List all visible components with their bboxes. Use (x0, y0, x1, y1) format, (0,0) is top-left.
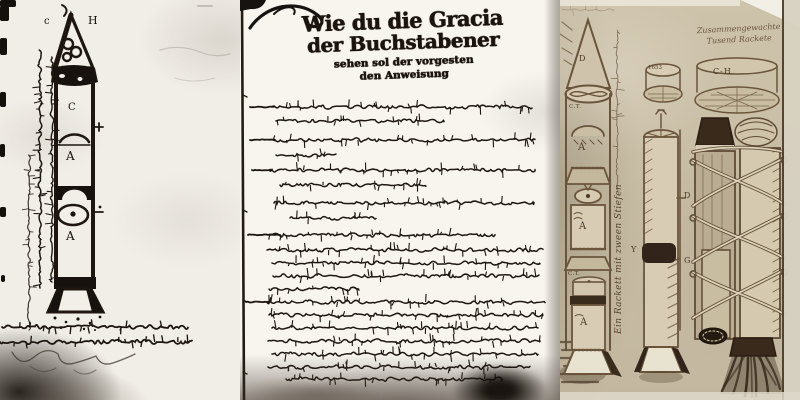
handwriting-line (0, 334, 192, 348)
stage2-charge-label: A (579, 222, 586, 232)
staged-rocket (560, 20, 622, 377)
scan-edge-artifacts (0, 0, 16, 282)
handwriting-line (273, 268, 539, 283)
handwriting-stroke (273, 274, 539, 278)
rocket-tip-label-right: H (88, 15, 98, 26)
right-rockets-drawing (560, 0, 800, 400)
handwriting-stroke (274, 201, 534, 205)
rocket-side-caption: Ein Rackett mit zween Stiefen (614, 134, 624, 334)
handwriting-line (274, 196, 534, 210)
paper-scratches (160, 6, 230, 81)
handwriting-stroke (248, 234, 280, 235)
handwriting-line (267, 294, 545, 309)
handwriting-stroke (250, 139, 275, 140)
stage2-label: C.T. (568, 272, 580, 278)
handwriting-line (22, 155, 37, 330)
handwriting-stroke (272, 105, 532, 109)
handwriting-line (272, 320, 538, 335)
stage1-label: C.T. (569, 105, 581, 111)
powder-cylinders (644, 58, 779, 113)
page-title-blackletter: Wie du die Gracia der Buchstabener sehen… (291, 6, 515, 85)
handwriting-line (269, 162, 535, 178)
body-handwriting (267, 99, 545, 387)
photo-top-edge (560, 0, 740, 6)
photo-right-edge (782, 0, 800, 400)
handwriting-stroke (252, 170, 271, 171)
handwriting-line (272, 99, 532, 114)
stage1-charge-label: A (578, 143, 585, 153)
handwriting-stroke (276, 154, 336, 157)
middle-manuscript-page: Wie du die Gracia der Buchstabener sehen… (240, 0, 560, 400)
photo-bottom-edge (560, 392, 800, 400)
handwriting-stroke (273, 138, 535, 142)
handwriting-line (248, 234, 280, 235)
cone-label-d: D (579, 55, 585, 63)
flourish-loops (12, 351, 135, 374)
handwriting-stroke (269, 168, 535, 172)
rod-label-d: D (684, 192, 690, 200)
handwriting-line (269, 286, 359, 296)
handwriting-stroke (269, 233, 495, 237)
handwriting-stroke (28, 155, 31, 330)
rocket-sketch (48, 5, 103, 312)
stage3-charge-label: A (580, 318, 587, 328)
rocket-chamber-label-a2: A (66, 230, 75, 242)
handwriting-stroke (22, 155, 37, 287)
handwriting-line (33, 50, 48, 288)
large-cylinder-label: C-H (713, 68, 732, 76)
handwriting-line (269, 228, 495, 242)
handwriting-stroke (20, 319, 162, 334)
right-manuscript-photo: Zusammengewachte Tusend Rackete Ein Rack… (560, 0, 800, 400)
handwriting-line (273, 132, 535, 148)
handwriting-stroke (562, 9, 614, 11)
exhaust-sparks (54, 316, 102, 331)
handwriting-stroke (50, 57, 54, 282)
handwriting-line (2, 319, 188, 334)
handwriting-stroke (269, 287, 359, 291)
manuscript-triptych: c H C A A Wie du die Gracia der Buchstab… (0, 0, 800, 400)
ink-smudge-right (452, 364, 547, 400)
handwriting-line (268, 334, 540, 348)
band-label-g: G (684, 257, 690, 265)
page-border-rule (242, 0, 247, 400)
handwriting-line (250, 107, 274, 108)
handwriting-line (269, 308, 543, 322)
caption-handwriting (0, 319, 192, 348)
handwriting-line (267, 242, 543, 258)
handwriting-stroke (290, 217, 376, 220)
handwriting-stroke (269, 313, 543, 318)
small-cylinder-label: 1653 (648, 66, 662, 72)
rocket-tip-label-left: c (44, 17, 50, 27)
handwriting-stroke (297, 210, 361, 224)
handwriting-stroke (297, 162, 520, 178)
handwriting-line (276, 149, 336, 162)
handwriting-stroke (272, 326, 538, 330)
guided-rocket (634, 110, 690, 383)
left-rocket-drawing (0, 0, 240, 400)
handwriting-line (250, 139, 275, 140)
handwriting-stroke (268, 339, 540, 343)
handwriting-stroke (250, 107, 274, 108)
left-manuscript-page: c H C A A (0, 0, 240, 400)
band-label-y: Y (631, 246, 636, 254)
rocket-chamber-label-a1: A (66, 150, 75, 162)
handwriting-line (290, 210, 376, 224)
handwriting-stroke (38, 50, 42, 288)
rocket-chamber-label-c: C (68, 103, 76, 113)
ink-smudge-left (254, 380, 384, 400)
broom-exhaust (720, 338, 786, 397)
handwriting-line (276, 114, 444, 127)
handwriting-stroke (267, 248, 543, 252)
handwriting-line (280, 178, 426, 191)
handwriting-line (252, 170, 271, 171)
handwriting-line (272, 255, 540, 270)
